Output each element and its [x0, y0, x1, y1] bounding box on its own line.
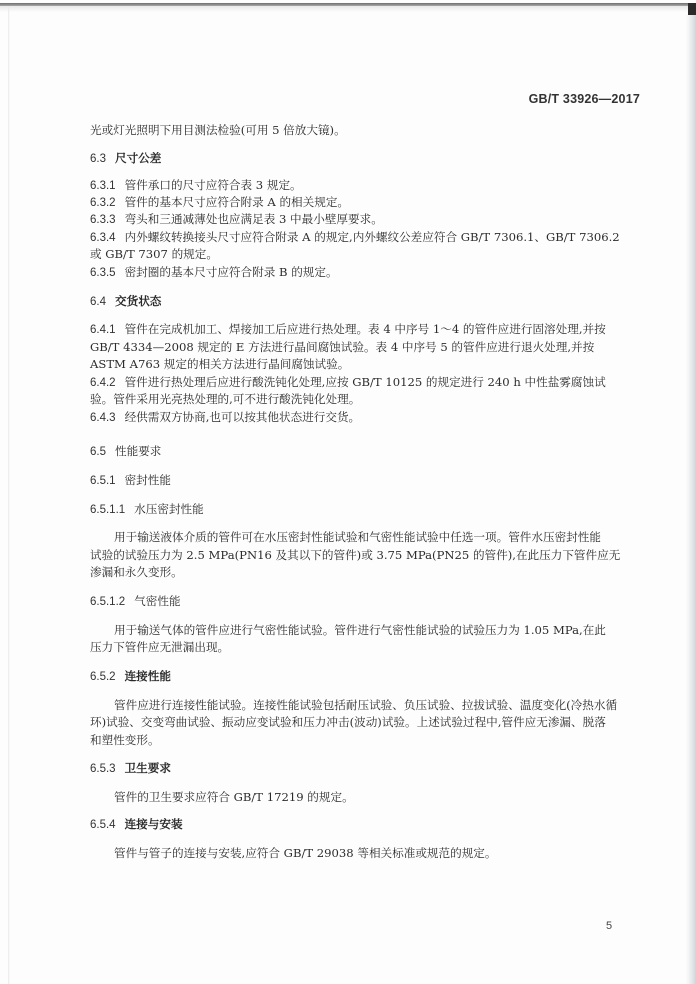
paragraph-6-5-1-1-line-2: 试验的试验压力为 2.5 MPa(PN16 及其以下的管件)或 3.75 MPa… [90, 547, 620, 563]
section-6-5-1-heading: 6.5.1密封性能 [90, 472, 171, 489]
standard-code-header: GB/T 33926—2017 [529, 92, 640, 106]
clause-number: 6.3.5 [90, 267, 116, 279]
paragraph-6-5-1-1-line-1: 用于输送液体介质的管件可在水压密封性能试验和气密性能试验中任选一项。管件水压密封… [114, 529, 601, 545]
section-title: 水压密封性能 [134, 502, 204, 516]
clause-number: 6.3.3 [90, 214, 116, 226]
paragraph-6-5-1-2-line-2: 压力下管件应无泄漏出现。 [90, 639, 229, 655]
clause-6-4-2: 6.4.2管件进行热处理后应进行酸洗钝化处理,应按 GB/T 10125 的规定… [90, 374, 606, 391]
paragraph-6-5-4: 管件与管子的连接与安装,应符合 GB/T 29038 等相关标准或规范的规定。 [114, 845, 496, 861]
section-title: 尺寸公差 [115, 151, 161, 165]
section-number: 6.5 [90, 446, 106, 458]
section-6-5-2-heading: 6.5.2连接性能 [90, 668, 171, 685]
section-number: 6.5.1 [90, 475, 116, 487]
paragraph-6-5-1-1-line-3: 渗漏和永久变形。 [90, 564, 183, 580]
section-title: 连接与安装 [125, 817, 183, 831]
paragraph-6-5-1-2-line-1: 用于输送气体的管件应进行气密性能试验。管件进行气密性能试验的试验压力为 1.05… [114, 622, 606, 638]
continuation-line: 光或灯光照明下用目测法检验(可用 5 倍放大镜)。 [90, 122, 346, 138]
section-title: 气密性能 [134, 594, 180, 608]
scan-right-edge [686, 15, 696, 984]
clause-6-4-1: 6.4.1管件在完成机加工、焊接加工后应进行热处理。表 4 中序号 1～4 的管… [90, 321, 606, 338]
section-title: 连接性能 [125, 669, 171, 683]
section-6-5-3-heading: 6.5.3卫生要求 [90, 760, 171, 777]
clause-text: 管件承口的尺寸应符合表 3 规定。 [125, 178, 302, 192]
clause-6-3-5: 6.3.5密封圈的基本尺寸应符合附录 B 的规定。 [90, 264, 338, 281]
section-6-5-heading: 6.5性能要求 [90, 443, 161, 460]
section-title: 卫生要求 [125, 761, 171, 775]
section-6-5-1-2-heading: 6.5.1.2气密性能 [90, 593, 181, 610]
section-title: 交货状态 [115, 294, 161, 308]
section-number: 6.4 [90, 296, 106, 308]
clause-6-3-1: 6.3.1管件承口的尺寸应符合表 3 规定。 [90, 177, 302, 194]
scan-corner-mark [688, 3, 696, 15]
clause-text: 经供需双方协商,也可以按其他状态进行交货。 [125, 410, 361, 424]
paragraph-6-5-2-line-1: 管件应进行连接性能试验。连接性能试验包括耐压试验、负压试验、拉拔试验、温度变化(… [114, 697, 617, 713]
section-title: 性能要求 [115, 444, 161, 458]
clause-text: 密封圈的基本尺寸应符合附录 B 的规定。 [125, 265, 338, 279]
clause-number: 6.3.4 [90, 232, 116, 244]
clause-text: 内外螺纹转换接头尺寸应符合附录 A 的规定,内外螺纹公差应符合 GB/T 730… [125, 230, 620, 244]
clause-number: 6.4.2 [90, 377, 116, 389]
scan-top-shadow [0, 6, 696, 12]
clause-6-4-1-cont-2: ASTM A763 规定的相关方法进行晶间腐蚀试验。 [90, 356, 349, 372]
clause-6-4-1-cont-1: GB/T 4334—2008 规定的 E 方法进行晶间腐蚀试验。表 4 中序号 … [90, 339, 594, 355]
section-6-5-1-1-heading: 6.5.1.1水压密封性能 [90, 501, 204, 518]
clause-text: 弯头和三通减薄处也应满足表 3 中最小壁厚要求。 [125, 212, 383, 226]
section-6-5-4-heading: 6.5.4连接与安装 [90, 816, 183, 833]
clause-number: 6.3.1 [90, 180, 116, 192]
clause-6-3-4-cont: 或 GB/T 7307 的规定。 [90, 246, 218, 262]
page-number: 5 [606, 920, 612, 932]
clause-text: 管件在完成机加工、焊接加工后应进行热处理。表 4 中序号 1～4 的管件应进行固… [125, 322, 606, 336]
section-number: 6.3 [90, 153, 106, 165]
clause-6-3-4: 6.3.4内外螺纹转换接头尺寸应符合附录 A 的规定,内外螺纹公差应符合 GB/… [90, 229, 620, 246]
section-6-4-heading: 6.4交货状态 [90, 293, 161, 310]
paragraph-6-5-2-line-3: 和塑性变形。 [90, 732, 160, 748]
clause-text: 管件进行热处理后应进行酸洗钝化处理,应按 GB/T 10125 的规定进行 24… [125, 375, 606, 389]
clause-text: 管件的基本尺寸应符合附录 A 的相关规定。 [125, 195, 349, 209]
clause-number: 6.3.2 [90, 197, 116, 209]
clause-6-3-3: 6.3.3弯头和三通减薄处也应满足表 3 中最小壁厚要求。 [90, 211, 383, 228]
paragraph-6-5-3: 管件的卫生要求应符合 GB/T 17219 的规定。 [114, 789, 354, 805]
scan-left-edge [8, 6, 10, 984]
clause-number: 6.4.1 [90, 324, 116, 336]
clause-6-4-2-cont: 验。管件采用光亮热处理的,可不进行酸洗钝化处理。 [90, 391, 360, 407]
clause-6-4-3: 6.4.3经供需双方协商,也可以按其他状态进行交货。 [90, 409, 360, 426]
section-number: 6.5.1.2 [90, 596, 125, 608]
section-6-3-heading: 6.3尺寸公差 [90, 150, 161, 167]
paragraph-6-5-2-line-2: 环)试验、交变弯曲试验、振动应变试验和压力冲击(波动)试验。上述试验过程中,管件… [90, 714, 606, 730]
clause-6-3-2: 6.3.2管件的基本尺寸应符合附录 A 的相关规定。 [90, 194, 349, 211]
clause-number: 6.4.3 [90, 412, 116, 424]
section-number: 6.5.3 [90, 763, 116, 775]
section-number: 6.5.4 [90, 819, 116, 831]
section-number: 6.5.1.1 [90, 504, 125, 516]
section-number: 6.5.2 [90, 671, 116, 683]
section-title: 密封性能 [125, 473, 171, 487]
